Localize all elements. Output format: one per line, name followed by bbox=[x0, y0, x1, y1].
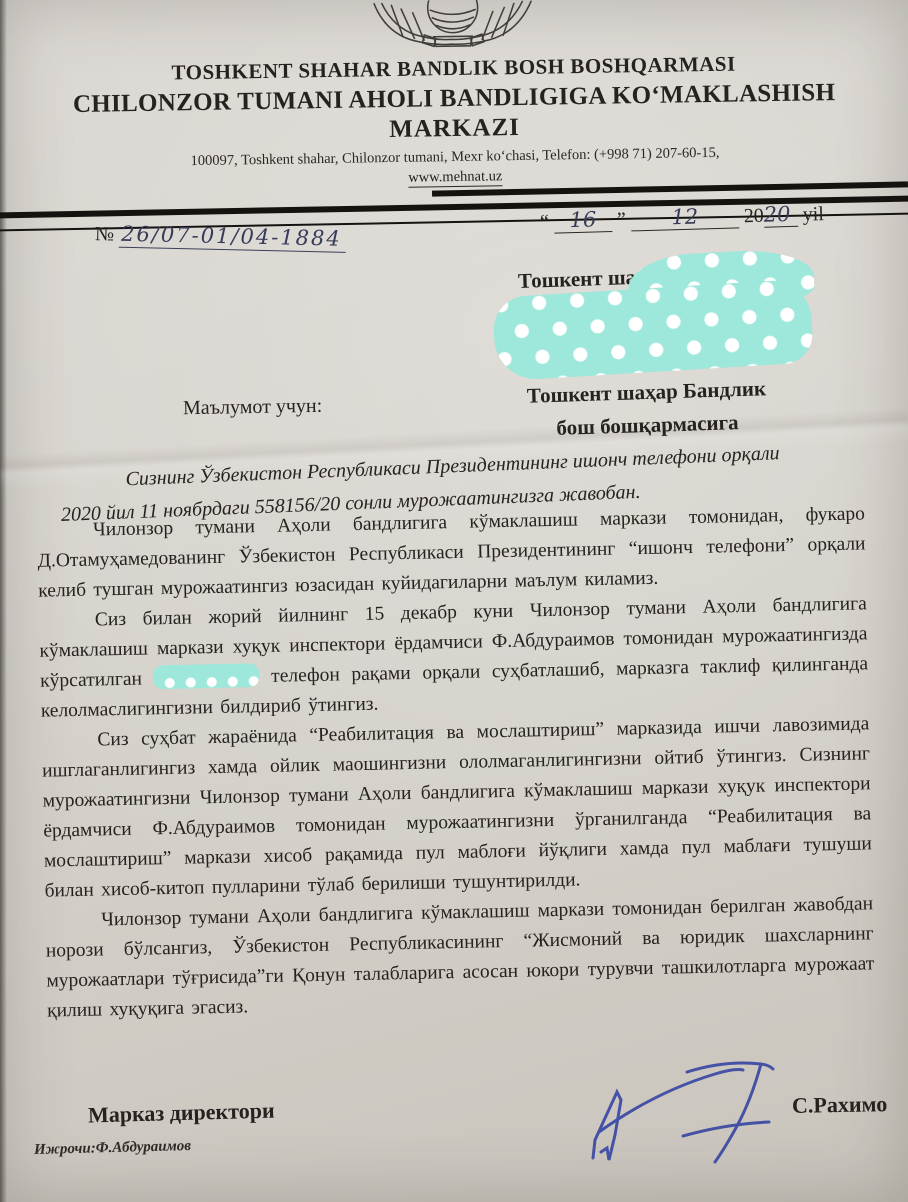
date-year-handwritten: 20 bbox=[763, 202, 798, 228]
recipient-org-line1: Тошкент шаҳар Бандлик bbox=[527, 376, 767, 407]
body-paragraph-3: Сиз суҳбат жараёнида “Реабилитация ва мо… bbox=[41, 709, 873, 906]
executor-line: Ижрочи:Ф.Абдураимов bbox=[34, 1138, 191, 1159]
date-month-handwritten: 12 bbox=[630, 203, 739, 231]
handwritten-signature bbox=[565, 1040, 795, 1175]
date-day-handwritten: 16 bbox=[554, 207, 613, 234]
reference-number-prefix: № bbox=[95, 223, 115, 245]
letterhead: TOSHKENT SHAHAR BANDLIK BOSH BOSHQARMASI… bbox=[0, 0, 908, 193]
date-open-quote: “ bbox=[540, 211, 550, 233]
scanned-letter-photo: TOSHKENT SHAHAR BANDLIK BOSH BOSHQARMASI… bbox=[0, 0, 908, 1202]
date-year-printed: 20 bbox=[743, 205, 764, 228]
letter-body: Чилонзор тумани Аҳоли бандлигига кўмакла… bbox=[37, 499, 875, 1026]
redaction-blob-phone bbox=[153, 663, 259, 689]
reference-number-line: № 26/07-01/04-1884 bbox=[95, 221, 346, 252]
redaction-blob-main bbox=[492, 278, 815, 381]
uzbekistan-state-emblem-icon bbox=[363, 0, 544, 49]
reference-number-handwritten: 26/07-01/04-1884 bbox=[119, 222, 346, 253]
body-paragraph-1: Чилонзор тумани Аҳоли бандлигига кўмакла… bbox=[37, 499, 867, 606]
for-information-label: Маълумот учун: bbox=[183, 395, 323, 420]
recipient-org-line2: бош бошқармасига bbox=[556, 410, 739, 440]
date-close-quote: ” bbox=[617, 209, 627, 231]
org-website-text: www.mehnat.uz bbox=[408, 168, 502, 187]
body-paragraph-2: Сиз билан жорий йилнинг 15 декабр куни Ч… bbox=[39, 589, 869, 726]
signer-title: Марказ директори bbox=[88, 1098, 275, 1129]
body-paragraph-4: Чилонзор тумани Аҳоли бандлигига кўмакла… bbox=[45, 889, 875, 1026]
recipient-organization: Тошкент шаҳар Бандлик бош бошқармасига bbox=[511, 372, 783, 446]
signer-name: С.Рахимо bbox=[792, 1091, 888, 1119]
date-year-suffix: yil bbox=[802, 203, 824, 226]
